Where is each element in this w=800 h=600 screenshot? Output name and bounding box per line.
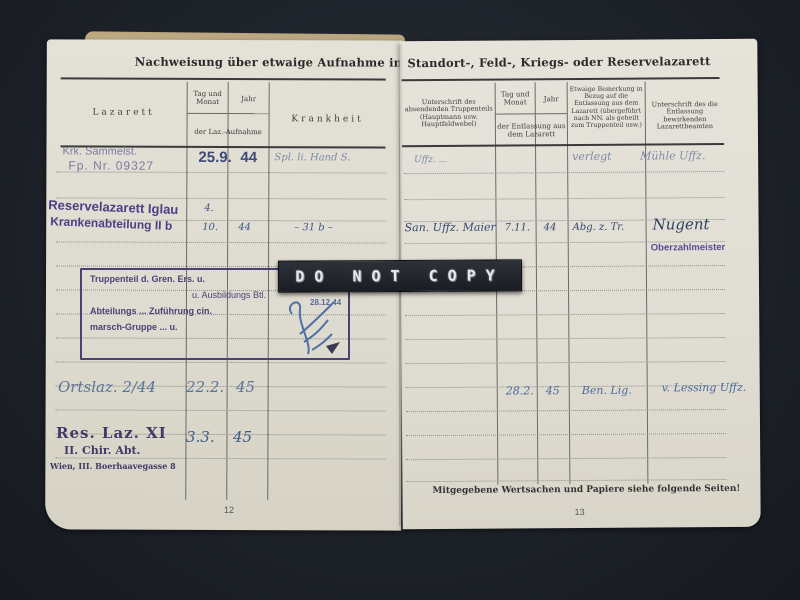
header-tag-monat: Tag und Monat (496, 90, 535, 106)
entry-jahr: 45 (546, 384, 560, 397)
col-divider (567, 82, 571, 484)
header-aufnahme: der Laz.-Aufnahme (188, 128, 269, 136)
stamp-box-line: Abteilungs ... Zuführung cin. (90, 306, 212, 316)
entry-date-tag-monat: 22.2. (186, 378, 224, 396)
row-line (56, 361, 386, 363)
entry-date-tag-monat: 3.3. (186, 428, 215, 446)
entry-unterschrift: San. Uffz. Maier (405, 221, 496, 235)
entry-tag-monat: 28.2. (506, 384, 534, 397)
stamp-box-line: marsch-Gruppe ... u. (90, 322, 178, 332)
entry-date-jahr: 45 (233, 428, 252, 446)
entry-krankheit-code: – 31 b – (294, 222, 333, 233)
page-number-right: 13 (575, 507, 585, 517)
row-line (406, 361, 726, 364)
entry-tag-line1: 4. (204, 203, 214, 214)
entry-jahr: 44 (238, 222, 251, 233)
left-page-title: Nachweisung über etwaige Aufnahme in ein (135, 55, 427, 70)
header-bottom-rule (402, 143, 724, 147)
entry-krankheit: Spl. li. Hand S. (274, 152, 350, 163)
header-bemerkung: Etwaige Bemerkung in Bezug auf die Entla… (568, 86, 645, 130)
page-number-left: 12 (224, 505, 234, 515)
row-line (56, 241, 386, 243)
header-lazarett: Lazarett (61, 107, 187, 118)
row-line (406, 433, 726, 436)
entry-ortslazarett: Ortslaz. 2/44 (58, 378, 156, 396)
entry-bemerkung: verlegt (572, 150, 612, 163)
stamp-res-laz-xi: Res. Laz. XI (56, 424, 167, 442)
watermark-text: DO NOT COPY (295, 266, 504, 285)
entry-date-jahr: 44 (240, 149, 257, 166)
right-page-title: Standort-, Feld-, Kriegs- oder Reservela… (407, 54, 710, 70)
header-unterschrift-truppenteil: Unterschrift des absendenden Truppenteil… (404, 99, 494, 130)
row-line (404, 171, 724, 174)
header-subrule (187, 113, 269, 114)
stamp-box-line: Truppenteil d. Gren. Ers. u. (90, 274, 205, 284)
row-line (406, 409, 726, 412)
row-line (405, 313, 725, 316)
row-line (404, 197, 724, 200)
header-jahr: Jahr (536, 95, 567, 103)
entry-tag-line2: 10. (202, 222, 218, 233)
row-line (55, 457, 385, 459)
entry-date-jahr: 45 (236, 378, 255, 396)
col-divider (535, 82, 539, 484)
entry-unterschrift-lazarett: Mühle Uffz. (640, 149, 705, 162)
stamp-feldpost-nr: Fp. Nr. 09327 (68, 158, 154, 172)
signature-scribble (282, 294, 352, 360)
header-tag-monat: Tag und Monat (188, 90, 228, 106)
stamp-chir-abt: II. Chir. Abt. (64, 444, 140, 457)
open-booklet: Nachweisung über etwaige Aufnahme in ein… (0, 0, 800, 600)
stamp-oberzahlmeister: Oberzahlmeister (651, 242, 726, 254)
title-rule (61, 77, 386, 80)
header-entlassung: der Entlassung aus dem Lazarett (496, 122, 567, 139)
entry-bemerkung: Abg. z. Tr. (573, 222, 625, 233)
row-line (56, 409, 386, 411)
entry-bemerkung: Ben. Lig. (582, 384, 632, 397)
entry-unterschrift: Uffz. ... (414, 155, 447, 165)
entry-unterschrift-lazarett: Nugent (653, 215, 710, 233)
col-divider (645, 82, 649, 484)
header-unterschrift-lazarett: Unterschrift des die Entlassung bewirken… (646, 101, 724, 131)
stamp-address: Wien, III. Boerhaavegasse 8 (50, 461, 176, 471)
entry-jahr: 44 (544, 222, 557, 233)
title-rule (402, 77, 720, 81)
row-line (406, 479, 726, 482)
stamp-krk-sammelst: Krk. Sammelst. (62, 145, 137, 157)
header-krankheit: Krankheit (270, 114, 386, 125)
do-not-copy-watermark: DO NOT COPY (278, 259, 522, 292)
row-line (406, 457, 726, 460)
footer-note: Mitgegebene Wertsachen und Papiere siehe… (432, 484, 740, 496)
entry-tag-monat: 7.11. (505, 222, 531, 233)
stamp-box-line: u. Ausbildungs Btl. (192, 290, 266, 300)
header-jahr: Jahr (229, 95, 269, 103)
stamp-krankenabteilung: Krankenabteilung II b (50, 214, 172, 233)
entry-date-tag-monat: 25.9. (198, 149, 231, 166)
header-subrule (495, 113, 567, 115)
row-line (405, 337, 725, 340)
entry-unterschrift-lazarett: v. Lessing Uffz. (662, 381, 747, 395)
